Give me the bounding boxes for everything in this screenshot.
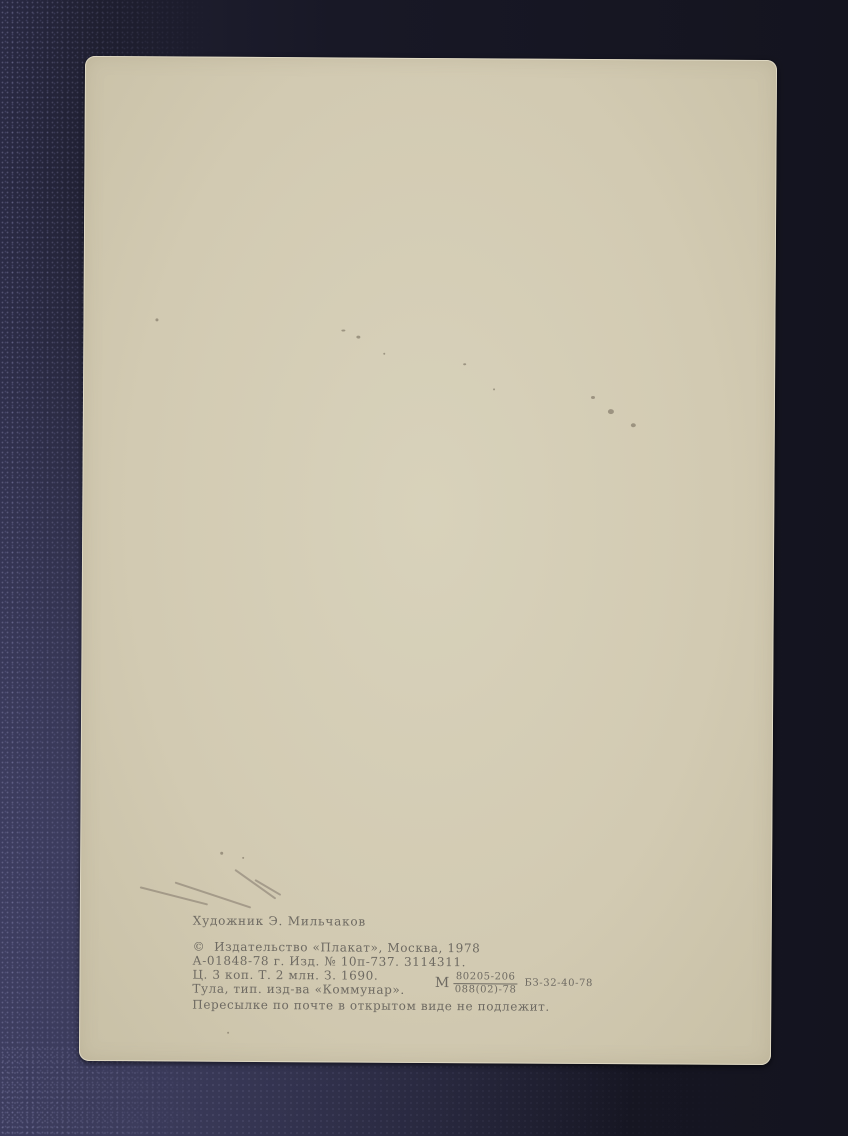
price-print-column: Ц. 3 коп. Т. 2 млн. З. 1690. Тула, тип. … — [192, 968, 405, 997]
postcard-back: Художник Э. Мильчаков © Издательство «Пл… — [79, 56, 777, 1065]
stain-speck — [608, 409, 614, 414]
stain-speck — [155, 318, 158, 321]
scratch-mark — [235, 869, 277, 899]
price-and-code-block: Ц. 3 коп. Т. 2 млн. З. 1690. Тула, тип. … — [192, 968, 593, 998]
postal-notice: Пересылке по почте в открытом виде не по… — [192, 998, 593, 1014]
catalog-code: М 80205-206 088(02)-78 БЗ-32-40-78 — [435, 971, 593, 997]
catalog-numerator: 80205-206 — [454, 971, 518, 984]
price-line: Ц. 3 коп. Т. 2 млн. З. 1690. — [192, 968, 405, 983]
stain-speck — [220, 852, 223, 855]
stain-speck — [341, 329, 345, 331]
catalog-fraction: 80205-206 088(02)-78 — [453, 971, 519, 996]
catalog-denominator: 088(02)-78 — [453, 984, 519, 996]
stain-speck — [227, 1032, 229, 1034]
artist-credit: Художник Э. Мильчаков — [193, 914, 594, 930]
stain-speck — [493, 388, 495, 390]
copyright-icon: © — [193, 940, 206, 954]
publisher-imprint: Художник Э. Мильчаков © Издательство «Пл… — [192, 914, 593, 1014]
stain-speck — [383, 353, 385, 355]
printer-line: Тула, тип. изд-ва «Коммунар». — [192, 982, 405, 997]
catalog-code-prefix: М — [435, 976, 450, 990]
scratch-mark — [175, 881, 251, 908]
catalog-suffix: БЗ-32-40-78 — [524, 977, 593, 991]
stain-speck — [631, 423, 636, 427]
stain-speck — [356, 336, 360, 339]
stain-speck — [242, 857, 244, 859]
stain-speck — [463, 363, 466, 365]
stain-speck — [591, 396, 595, 399]
